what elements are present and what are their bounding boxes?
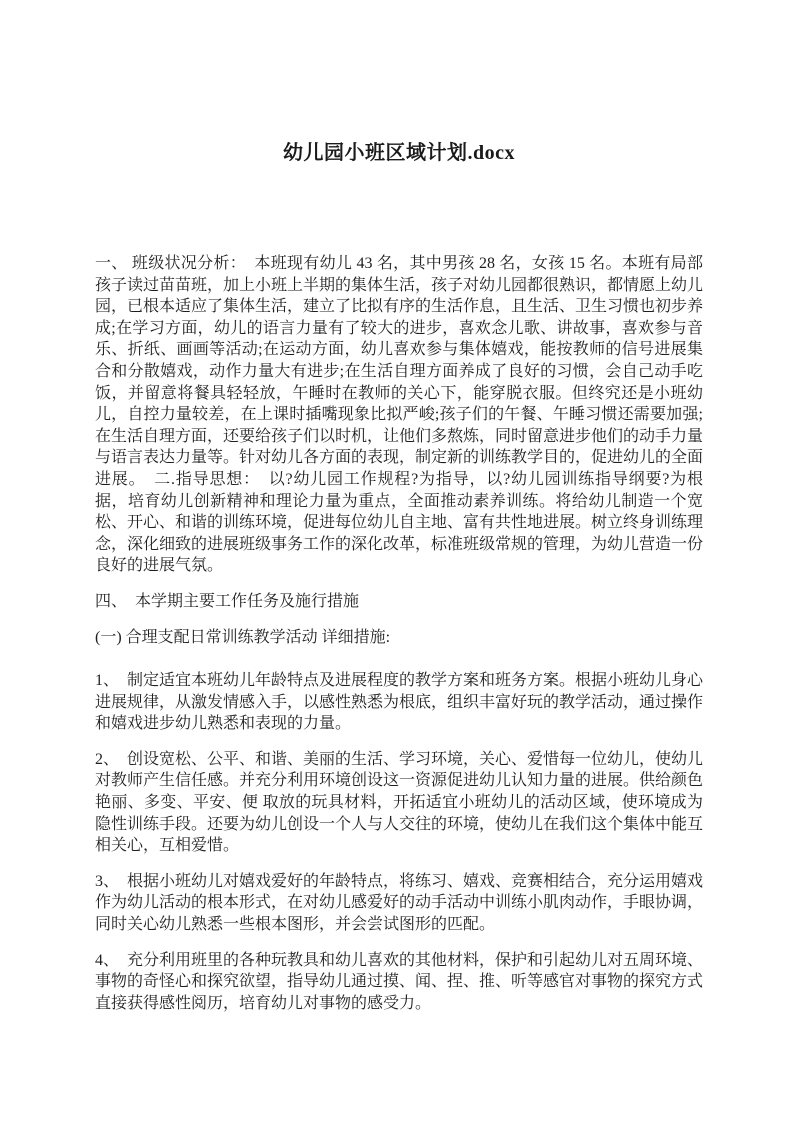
document-page: 幼儿园小班区域计划.docx 一、 班级状况分析： 本班现有幼儿 43 名，其中… xyxy=(0,0,793,1122)
document-title: 幼儿园小班区域计划.docx xyxy=(95,141,703,166)
paragraph-measure-1: 1、 制定适宜本班幼儿年龄特点及进展程度的教学方案和班务方案。根据小班幼儿身心进… xyxy=(95,670,703,735)
sub-heading-daily-training-measures: (一) 合理支配日常训练教学活动 详细措施: xyxy=(95,627,703,649)
paragraph-class-analysis-and-guiding-ideology: 一、 班级状况分析： 本班现有幼儿 43 名，其中男孩 28 名，女孩 15 名… xyxy=(95,253,703,577)
paragraph-measure-4: 4、 充分利用班里的各种玩教具和幼儿喜欢的其他材料，保护和引起幼儿对五周环境、事… xyxy=(95,950,703,1015)
paragraph-measure-3: 3、 根据小班幼儿对嬉戏爱好的年龄特点，将练习、嬉戏、竞赛相结合，充分运用嬉戏作… xyxy=(95,871,703,936)
paragraph-measure-2: 2、 创设宽松、公平、和谐、美丽的生活、学习环境，关心、爱惜每一位幼儿，使幼儿对… xyxy=(95,749,703,857)
section-heading-term-tasks: 四、 本学期主要工作任务及施行措施 xyxy=(95,591,703,613)
